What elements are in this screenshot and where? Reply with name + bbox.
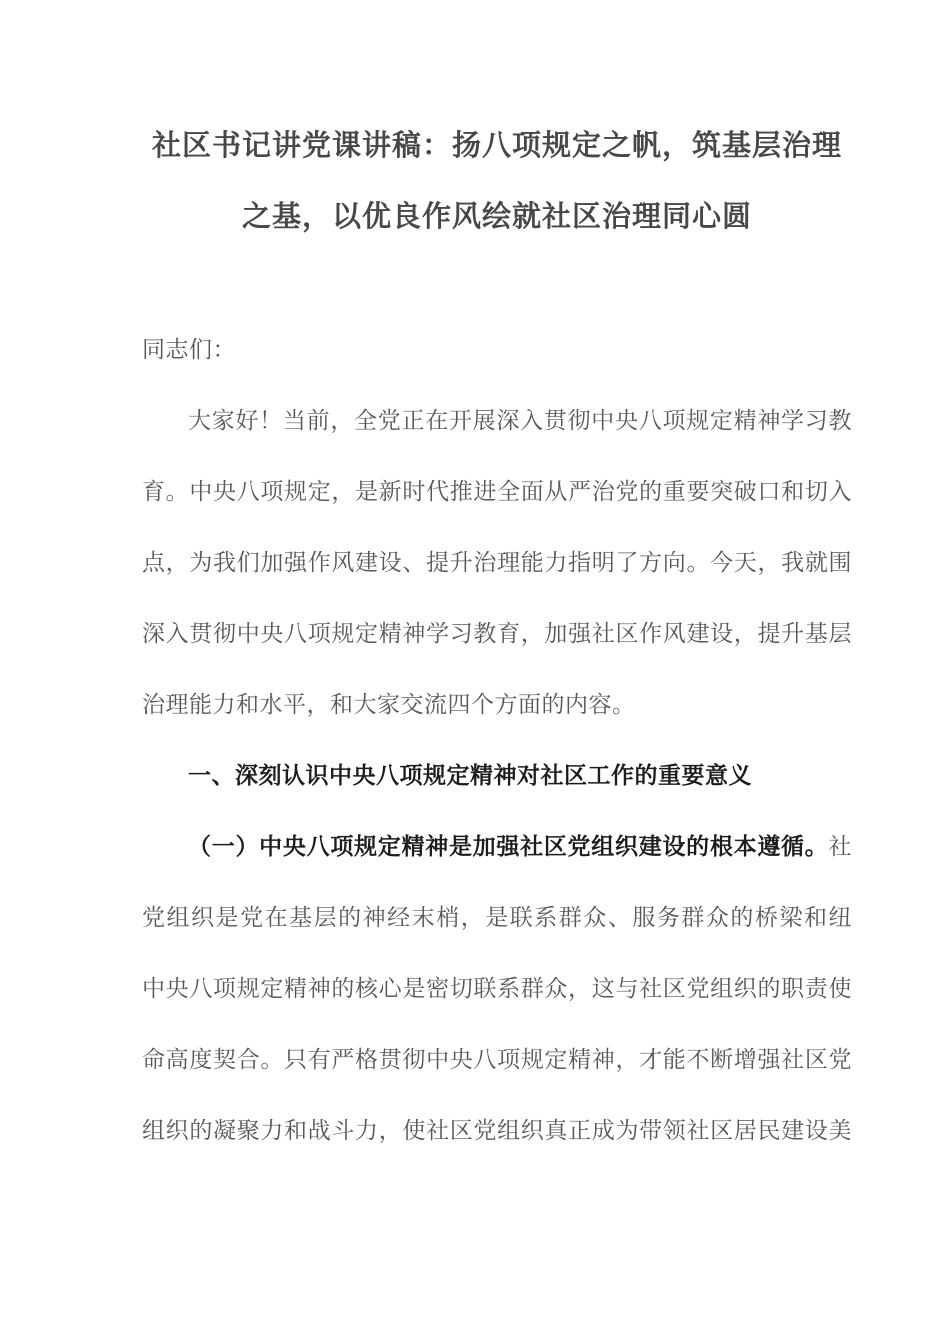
document-page: 社区书记讲党课讲稿：扬八项规定之帆，筑基层治理之基，以优良作风绘就社区治理同心圆… bbox=[0, 0, 950, 1344]
paragraph-line: 深入贯彻中央八项规定精神学习教育，加强社区作风建设，提升基层 bbox=[142, 598, 852, 669]
body-text: 中央八项规定精神的核心是密切联系群众，这与社区党组织的职责使 bbox=[142, 976, 852, 1001]
document-title-line: 之基，以优良作风绘就社区治理同心圆 bbox=[142, 182, 852, 253]
body-text: 党组织是党在基层的神经末梢，是联系群众、服务群众的桥梁和纽带。 bbox=[142, 905, 852, 953]
paragraph-line: 组织的凝聚力和战斗力，使社区党组织真正成为带领社区居民建设美 bbox=[142, 1095, 852, 1166]
document-body: 同志们：大家好！当前，全党正在开展深入贯彻中央八项规定精神学习教育。中央八项规定… bbox=[142, 314, 852, 1166]
document-title: 社区书记讲党课讲稿：扬八项规定之帆，筑基层治理之基，以优良作风绘就社区治理同心圆 bbox=[142, 111, 852, 253]
document-title-line: 社区书记讲党课讲稿：扬八项规定之帆，筑基层治理 bbox=[142, 111, 852, 182]
paragraph-line: 大家好！当前，全党正在开展深入贯彻中央八项规定精神学习教 bbox=[142, 385, 852, 456]
body-text: 同志们： bbox=[142, 337, 236, 362]
body-text: 组织的凝聚力和战斗力，使社区党组织真正成为带领社区居民建设美 bbox=[142, 1118, 852, 1143]
paragraph-line: 点，为我们加强作风建设、提升治理能力指明了方向。今天，我就围绕 bbox=[142, 527, 852, 598]
paragraph-line: 党组织是党在基层的神经末梢，是联系群众、服务群众的桥梁和纽带。 bbox=[142, 882, 852, 953]
body-text: 治理能力和水平，和大家交流四个方面的内容。 bbox=[142, 692, 636, 717]
bold-text: （一）中央八项规定精神是加强社区党组织建设的根本遵循。 bbox=[188, 834, 829, 859]
bold-text: 一、深刻认识中央八项规定精神对社区工作的重要意义 bbox=[188, 763, 752, 788]
salutation-line: 同志们： bbox=[142, 314, 852, 385]
body-text: 深入贯彻中央八项规定精神学习教育，加强社区作风建设，提升基层 bbox=[142, 621, 852, 646]
paragraph-line: （一）中央八项规定精神是加强社区党组织建设的根本遵循。社区 bbox=[142, 811, 852, 882]
section-heading: 一、深刻认识中央八项规定精神对社区工作的重要意义 bbox=[142, 740, 852, 811]
paragraph-line: 治理能力和水平，和大家交流四个方面的内容。 bbox=[142, 669, 852, 740]
body-text: 育。中央八项规定，是新时代推进全面从严治党的重要突破口和切入 bbox=[142, 479, 852, 504]
paragraph-line: 育。中央八项规定，是新时代推进全面从严治党的重要突破口和切入 bbox=[142, 456, 852, 527]
body-text: 命高度契合。只有严格贯彻中央八项规定精神，才能不断增强社区党 bbox=[142, 1047, 852, 1072]
paragraph-line: 中央八项规定精神的核心是密切联系群众，这与社区党组织的职责使 bbox=[142, 953, 852, 1024]
body-text: 大家好！当前，全党正在开展深入贯彻中央八项规定精神学习教 bbox=[188, 408, 852, 433]
body-text: 点，为我们加强作风建设、提升治理能力指明了方向。今天，我就围绕 bbox=[142, 550, 852, 598]
paragraph-line: 命高度契合。只有严格贯彻中央八项规定精神，才能不断增强社区党 bbox=[142, 1024, 852, 1095]
